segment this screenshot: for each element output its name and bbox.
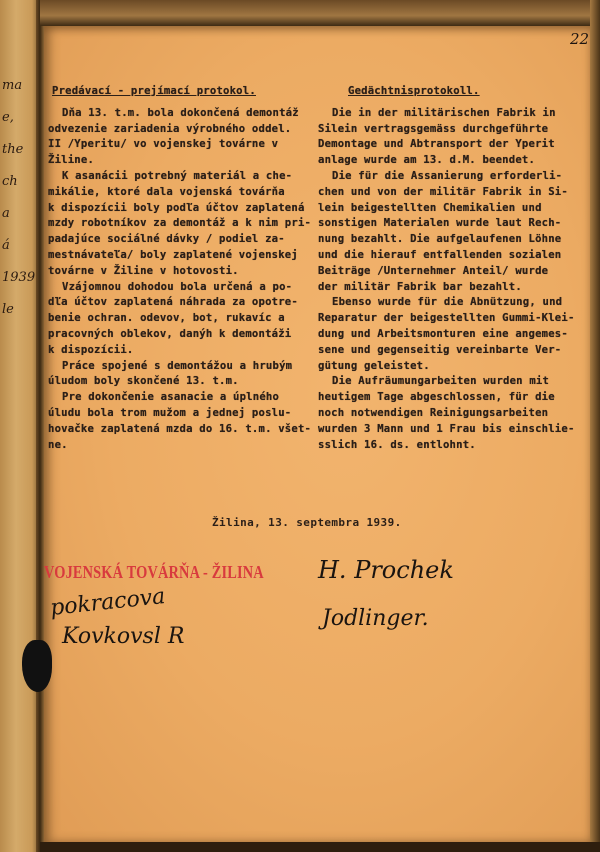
slovak-line: úludom boly skončené 13. t.m. [48, 374, 323, 390]
german-line: noch notwendigen Reinigungsarbeiten [318, 406, 593, 422]
slovak-line: odvezenie zariadenia výrobného oddel. [48, 122, 323, 138]
slovak-line: mestnávateľa/ boly zaplatené vojenskej [48, 248, 323, 264]
german-line: heutigem Tage abgeschlossen, für die [318, 390, 593, 406]
slovak-line: továrne v Žiline v hotovosti. [48, 264, 323, 280]
margin-note: le [2, 294, 36, 326]
german-line: Die für die Assanierung erforderli- [318, 169, 593, 185]
bottom-edge [40, 842, 600, 852]
slovak-line: padajúce sociálné dávky / podiel za- [48, 232, 323, 248]
german-line: Die Aufräumungarbeiten wurden mit [318, 374, 593, 390]
slovak-protocol-body: Dňa 13. t.m. bola dokončená demontážodve… [48, 106, 323, 454]
margin-note: a [2, 198, 36, 230]
german-line: Silein vertragsgemäss durchgeführte [318, 122, 593, 138]
margin-note: 1939 [2, 262, 36, 294]
slovak-line: Dňa 13. t.m. bola dokončená demontáž [48, 106, 323, 122]
german-protocol-column: Gedächtnisprotokoll. Die in der militäri… [318, 84, 593, 453]
slovak-protocol-title: Predávací - prejímací protokol. [52, 84, 323, 100]
german-line: gütung geleistet. [318, 359, 593, 375]
slovak-line: Vzájomnou dohodou bola určená a po- [48, 280, 323, 296]
german-line: Ebenso wurde für die Abnützung, und [318, 295, 593, 311]
margin-note: the [2, 134, 36, 166]
margin-note: e, [2, 102, 36, 134]
german-line: der militär Fabrik bar bezahlt. [318, 280, 593, 296]
slovak-line: benie ochran. odevov, bot, rukavíc a [48, 311, 323, 327]
german-line: chen und von der militär Fabrik in Si- [318, 185, 593, 201]
top-binding-edge [40, 0, 600, 26]
ink-blot [22, 640, 52, 692]
slovak-line: dľa účtov zaplatená náhrada za opotre- [48, 295, 323, 311]
signature-right-2: Jodlinger. [322, 606, 429, 631]
german-line: sonstigen Materialen wurde laut Rech- [318, 216, 593, 232]
margin-note: ch [2, 166, 36, 198]
date-place-line: Žilina, 13. septembra 1939. [212, 516, 402, 529]
signature-right-1: H. Prochek [318, 556, 454, 584]
german-line: und die hierauf entfallenden sozialen [318, 248, 593, 264]
german-line: dung und Arbeitsmonturen eine angemes- [318, 327, 593, 343]
slovak-line: pracovných oblekov, danýh k demontáži [48, 327, 323, 343]
slovak-line: mikálie, ktoré dala vojenská továrňa [48, 185, 323, 201]
german-protocol-body: Die in der militärischen Fabrik inSilein… [318, 106, 593, 454]
margin-note: ma [2, 70, 36, 102]
slovak-line: II /Yperitu/ vo vojenskej továrne v [48, 137, 323, 153]
german-line: Beiträge /Unternehmer Anteil/ wurde [318, 264, 593, 280]
slovak-line: mzdy robotníkov za demontáž a k nim pri- [48, 216, 323, 232]
german-line: nung bezahlt. Die aufgelaufenen Löhne [318, 232, 593, 248]
german-protocol-title: Gedächtnisprotokoll. [348, 84, 593, 100]
german-line: anlage wurde am 13. d.M. beendet. [318, 153, 593, 169]
slovak-line: Žiline. [48, 153, 323, 169]
signature-left-2: Kovkovsl R [62, 624, 184, 649]
margin-handwriting: mae,thechaá1939le [2, 70, 36, 326]
slovak-line: úludu bola trom mužom a jednej poslu- [48, 406, 323, 422]
slovak-line: ne. [48, 438, 323, 454]
folio-number: 22 [570, 30, 589, 48]
slovak-protocol-column: Predávací - prejímací protokol. Dňa 13. … [48, 84, 323, 453]
slovak-line: k dispozícii boly podľa účtov zaplatená [48, 201, 323, 217]
book-spine [36, 0, 44, 852]
german-line: sslich 16. ds. entlohnt. [318, 438, 593, 454]
margin-note: á [2, 230, 36, 262]
slovak-line: hovačke zaplatená mzda do 16. t.m. všet- [48, 422, 323, 438]
german-line: sene und gegenseitig vereinbarte Ver- [318, 343, 593, 359]
factory-stamp: VOJENSKÁ TOVÁRŇA - ŽILINA [44, 562, 264, 583]
slovak-line: Práce spojené s demontážou a hrubým [48, 359, 323, 375]
german-line: wurden 3 Mann und 1 Frau bis einschlie- [318, 422, 593, 438]
slovak-line: Pre dokončenie asanacie a úplného [48, 390, 323, 406]
german-line: Demontage und Abtransport der Yperit [318, 137, 593, 153]
slovak-line: K asanácii potrebný materiál a che- [48, 169, 323, 185]
german-line: Reparatur der beigestellten Gummi-Klei- [318, 311, 593, 327]
german-line: Die in der militärischen Fabrik in [318, 106, 593, 122]
slovak-line: k dispozícii. [48, 343, 323, 359]
german-line: lein beigestellten Chemikalien und [318, 201, 593, 217]
